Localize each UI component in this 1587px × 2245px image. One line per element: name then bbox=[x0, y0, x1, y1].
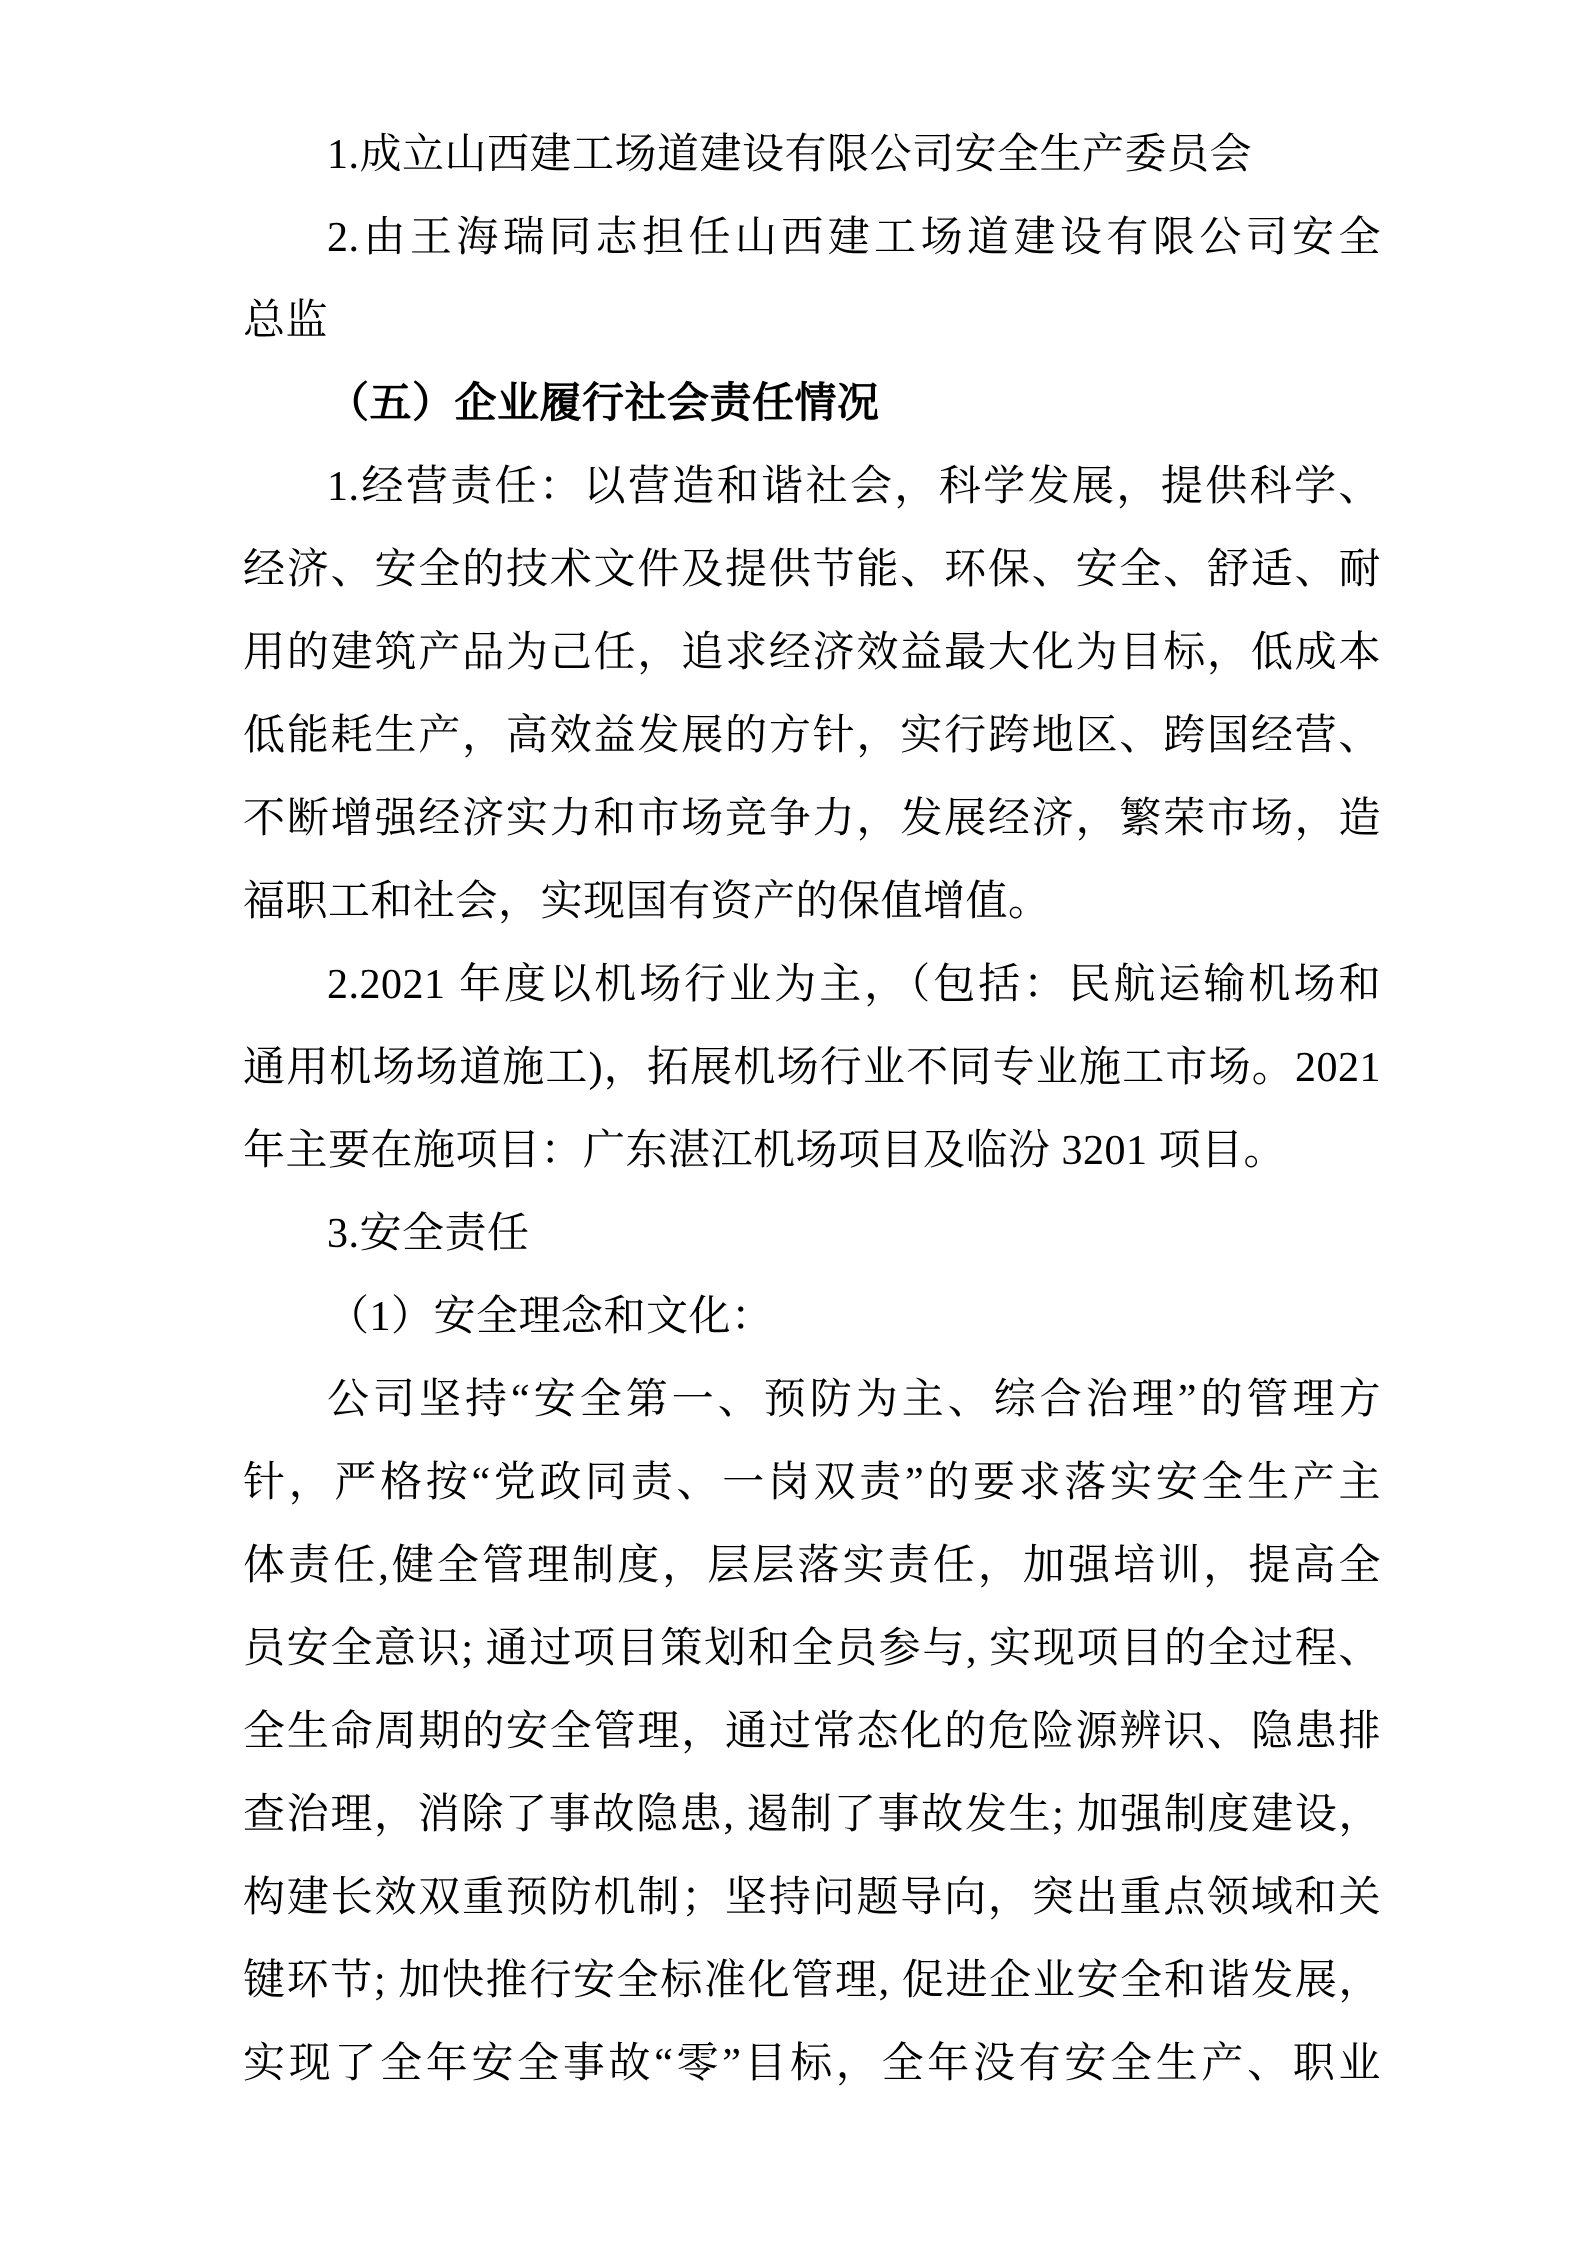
document-line: 总监 bbox=[243, 280, 1381, 363]
document-line: 员安全意识; 通过项目策划和全员参与, 实现项目的全过程、 bbox=[243, 1608, 1381, 1691]
document-line: 1.成立山西建工场道建设有限公司安全生产委员会 bbox=[243, 114, 1381, 197]
document-line: 用的建筑产品为己任，追求经济效益最大化为目标，低成本 bbox=[243, 612, 1381, 695]
document-line: 键环节; 加快推行安全标准化管理, 促进企业安全和谐发展， bbox=[243, 1940, 1381, 2023]
document-line: （1）安全理念和文化： bbox=[243, 1276, 1381, 1359]
document-heading-line: （五）企业履行社会责任情况 bbox=[243, 363, 1381, 446]
document-body: 1.成立山西建工场道建设有限公司安全生产委员会2.由王海瑞同志担任山西建工场道建… bbox=[243, 114, 1381, 2106]
document-line: 通用机场场道施工)，拓展机场行业不同专业施工市场。2021 bbox=[243, 1027, 1381, 1110]
document-line: 公司坚持“安全第一、预防为主、综合治理”的管理方 bbox=[243, 1359, 1381, 1442]
document-line: 构建长效双重预防机制；坚持问题导向，突出重点领域和关 bbox=[243, 1857, 1381, 1940]
document-line: 体责任,健全管理制度，层层落实责任，加强培训，提高全 bbox=[243, 1525, 1381, 1608]
document-line: 2.2021 年度以机场行业为主，（包括：民航运输机场和 bbox=[243, 944, 1381, 1027]
document-line: 全生命周期的安全管理，通过常态化的危险源辨识、隐患排 bbox=[243, 1691, 1381, 1774]
document-line: 2.由王海瑞同志担任山西建工场道建设有限公司安全 bbox=[243, 197, 1381, 280]
document-line: 不断增强经济实力和市场竞争力，发展经济，繁荣市场，造 bbox=[243, 778, 1381, 861]
document-line: 经济、安全的技术文件及提供节能、环保、安全、舒适、耐 bbox=[243, 529, 1381, 612]
document-line: 实现了全年安全事故“零”目标，全年没有安全生产、职业 bbox=[243, 2023, 1381, 2106]
document-line: 低能耗生产，高效益发展的方针，实行跨地区、跨国经营、 bbox=[243, 695, 1381, 778]
document-line: 福职工和社会，实现国有资产的保值增值。 bbox=[243, 861, 1381, 944]
document-line: 针，严格按“党政同责、一岗双责”的要求落实安全生产主 bbox=[243, 1442, 1381, 1525]
document-line: 3.安全责任 bbox=[243, 1193, 1381, 1276]
document-line: 1.经营责任：以营造和谐社会，科学发展，提供科学、 bbox=[243, 446, 1381, 529]
document-page: 1.成立山西建工场道建设有限公司安全生产委员会2.由王海瑞同志担任山西建工场道建… bbox=[0, 0, 1587, 2245]
document-line: 年主要在施项目：广东湛江机场项目及临汾 3201 项目。 bbox=[243, 1110, 1381, 1193]
document-line: 查治理，消除了事故隐患, 遏制了事故发生; 加强制度建设， bbox=[243, 1774, 1381, 1857]
